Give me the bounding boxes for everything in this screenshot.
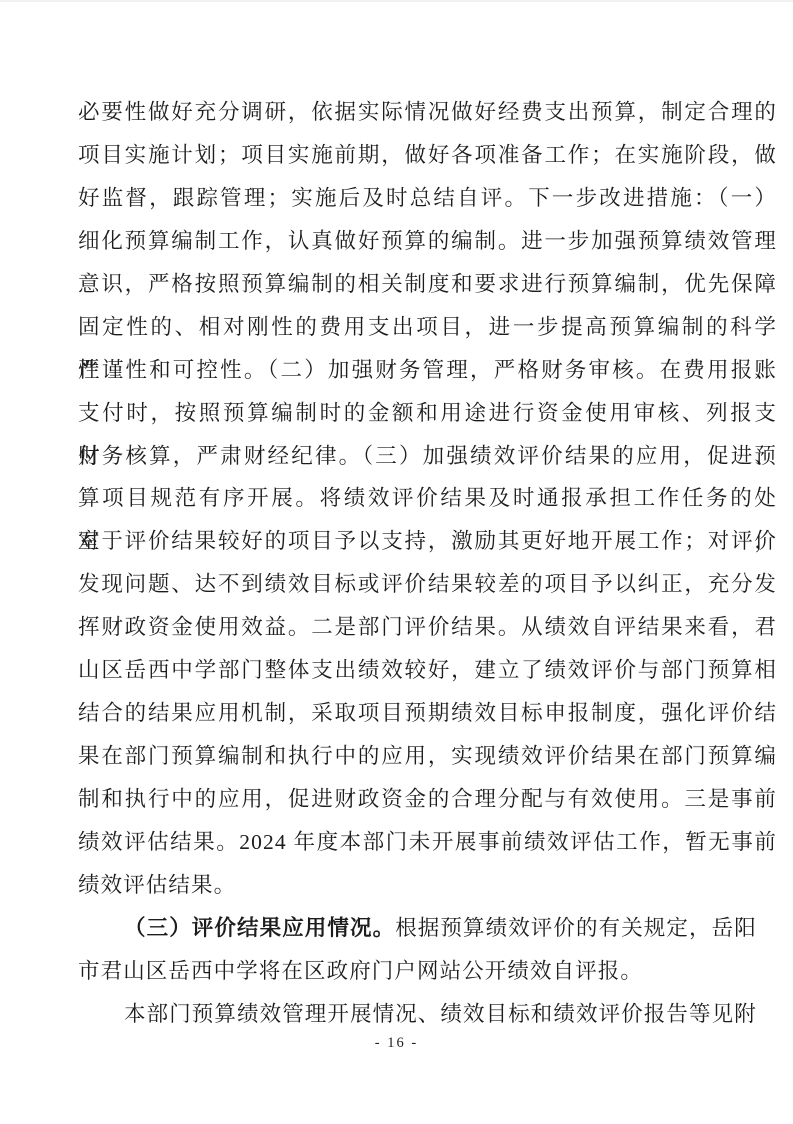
text-line: （三）评价结果应用情况。根据预算绩效评价的有关规定，岳阳 <box>78 907 777 950</box>
text-line: 对于评价结果较好的项目予以支持，激励其更好地开展工作；对评价 <box>78 520 777 563</box>
text-line: 绩效评估结果。 <box>78 864 777 907</box>
text-line: 果在部门预算编制和执行中的应用，实现绩效评价结果在部门预算编 <box>78 735 777 778</box>
page-number: - 16 - <box>375 1035 418 1051</box>
text-line: 固定性的、相对刚性的费用支出项目，进一步提高预算编制的科学性、 <box>78 306 777 349</box>
text-line: 绩效评估结果。2024 年度本部门未开展事前绩效评估工作，暂无事前 <box>78 821 777 864</box>
text-line: 结合的结果应用机制，采取项目预期绩效目标申报制度，强化评价结 <box>78 692 777 735</box>
page-footer: - 16 - <box>0 1034 793 1052</box>
text-line: 细化预算编制工作，认真做好预算的编制。进一步加强预算绩效管理 <box>78 220 777 263</box>
text-line: 必要性做好充分调研，依据实际情况做好经费支出预算，制定合理的 <box>78 91 777 134</box>
text-line: 算项目规范有序开展。将绩效评价结果及时通报承担工作任务的处室， <box>78 477 777 520</box>
text-line: 本部门预算绩效管理开展情况、绩效目标和绩效评价报告等见附 <box>78 993 777 1036</box>
text-line: 财务核算，严肃财经纪律。（三）加强绩效评价结果的应用，促进预 <box>78 435 777 478</box>
document-page: 必要性做好充分调研，依据实际情况做好经费支出预算，制定合理的项目实施计划；项目实… <box>0 0 793 1124</box>
text-line: 制和执行中的应用，促进财政资金的合理分配与有效使用。三是事前 <box>78 778 777 821</box>
text-line: 支付时，按照预算编制时的金额和用途进行资金使用审核、列报支付、 <box>78 392 777 435</box>
text-line: 好监督，跟踪管理；实施后及时总结自评。下一步改进措施：（一） <box>78 177 777 220</box>
text-line: 发现问题、达不到绩效目标或评价结果较差的项目予以纠正，充分发 <box>78 563 777 606</box>
text-line: 山区岳西中学部门整体支出绩效较好，建立了绩效评价与部门预算相 <box>78 649 777 692</box>
text-line: 市君山区岳西中学将在区政府门户网站公开绩效自评报。 <box>78 950 777 993</box>
document-body: 必要性做好充分调研，依据实际情况做好经费支出预算，制定合理的项目实施计划；项目实… <box>78 91 777 1036</box>
text-line: 项目实施计划；项目实施前期，做好各项准备工作；在实施阶段，做 <box>78 134 777 177</box>
text-line: 严谨性和可控性。（二）加强财务管理，严格财务审核。在费用报账 <box>78 349 777 392</box>
section-heading-bold: （三）评价结果应用情况。 <box>124 916 395 940</box>
text-line: 意识，严格按照预算编制的相关制度和要求进行预算编制，优先保障 <box>78 263 777 306</box>
text-line: 挥财政资金使用效益。二是部门评价结果。从绩效自评结果来看，君 <box>78 606 777 649</box>
